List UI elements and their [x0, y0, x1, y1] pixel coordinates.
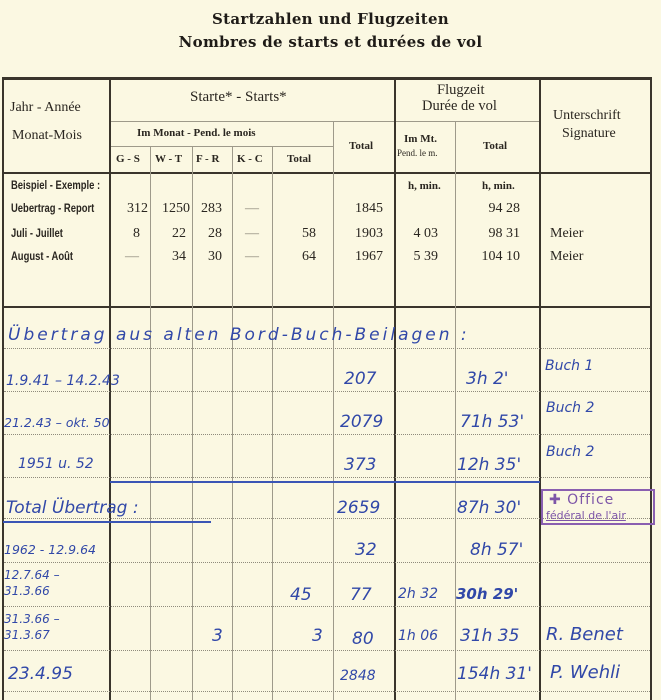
header-col-total: Total [287, 153, 311, 165]
header-signature: Signature [562, 126, 616, 142]
header-col-gs: G - S [116, 153, 140, 165]
page-title-german: Startzahlen und Flugzeiten [0, 10, 661, 28]
header-pend-le-m: Pend. le m. [397, 148, 438, 158]
row-rule [4, 606, 650, 607]
header-rule [395, 121, 540, 122]
page-title-french: Nombres de starts et durées de vol [0, 33, 661, 51]
entry-signature: R. Benet [546, 624, 623, 645]
example-row-label: August - Août [11, 251, 73, 263]
example-total: 1903 [335, 226, 383, 242]
example-fr: 30 [192, 249, 222, 265]
entry-flug-total: 8h 57' [470, 540, 523, 560]
example-kc: — [245, 226, 259, 242]
example-bottom-border [2, 306, 652, 308]
header-col-wt: W - T [155, 153, 182, 165]
example-fr: 283 [192, 201, 222, 217]
example-flug-total: 104 10 [458, 249, 520, 265]
header-im-monat: Im Monat - Pend. le mois [137, 127, 256, 139]
example-kc: — [245, 249, 259, 265]
header-rule [110, 146, 333, 147]
example-signature: Meier [550, 226, 583, 242]
example-gs: 312 [112, 201, 148, 217]
entry-signature: Buch 2 [546, 400, 594, 416]
entry-flug-total: 154h 31' [457, 664, 532, 684]
entry-period: 1951 u. 52 [18, 456, 94, 472]
entry-period: Total Übertrag : [6, 498, 139, 518]
example-month-total: 58 [272, 226, 316, 242]
entry-total: 32 [355, 540, 377, 560]
entry-flug-total: 12h 35' [457, 455, 521, 475]
example-wt: 34 [150, 249, 186, 265]
example-im-mt: 5 39 [396, 249, 438, 265]
example-units-total: h, min. [482, 180, 515, 192]
entry-period: 23.4.95 [8, 664, 73, 684]
entry-total: 77 [350, 585, 372, 605]
entry-period-start: 12.7.64 – [4, 568, 60, 582]
entry-total: 2079 [340, 412, 383, 432]
stamp-line-1: ✚ Office [549, 492, 614, 508]
entry-period: 21.2.43 – okt. 50 [4, 415, 110, 430]
entry-signature: Buch 2 [546, 444, 594, 460]
example-fr: 28 [192, 226, 222, 242]
entry-total: 207 [344, 369, 376, 389]
header-unterschrift: Unterschrift [553, 108, 621, 124]
example-gs: 8 [112, 226, 140, 242]
example-row-label: Juli - Juillet [11, 228, 63, 240]
row-rule [4, 562, 650, 563]
example-units-month: h, min. [408, 180, 441, 192]
example-total: 1845 [335, 201, 383, 217]
row-rule [4, 650, 650, 651]
header-starts-total: Total [349, 140, 373, 152]
row-rule [4, 391, 650, 392]
header-flugzeit: Flugzeit [437, 82, 485, 99]
total-underline [3, 521, 211, 523]
entry-period-end: 31.3.67 [4, 628, 50, 642]
example-total: 1967 [335, 249, 383, 265]
col-border [650, 77, 652, 700]
row-rule [4, 348, 650, 349]
entry-period: 1.9.41 – 14.2.43 [6, 373, 120, 389]
row-rule [4, 434, 650, 435]
handwritten-heading: Übertrag aus alten Bord-Buch-Beilagen : [8, 325, 470, 345]
row-rule [4, 691, 650, 692]
entry-flug-total: 31h 35 [460, 626, 519, 646]
header-year: Jahr - Année [10, 100, 81, 116]
entry-signature: Buch 1 [545, 358, 593, 374]
entry-period-start: 31.3.66 – [4, 612, 60, 626]
example-row-label: Uebertrag - Report [11, 203, 94, 215]
entry-fr: 3 [212, 626, 223, 646]
entry-flug-total: 87h 30' [457, 498, 521, 518]
example-wt: 22 [150, 226, 186, 242]
example-im-mt: 4 03 [396, 226, 438, 242]
header-rule [110, 121, 335, 122]
header-bottom-border [2, 172, 652, 174]
entry-flug-total: 30h 29' [456, 585, 518, 603]
example-flug-total: 98 31 [458, 226, 520, 242]
entry-flug-total: 71h 53' [460, 412, 524, 432]
entry-total: 2659 [337, 498, 380, 518]
example-month-total: 64 [272, 249, 316, 265]
example-label: Beispiel - Exemple : [11, 180, 100, 192]
header-flug-total: Total [483, 140, 507, 152]
office-stamp: ✚ Office fédéral de l'air [541, 489, 655, 525]
entry-total: 373 [344, 455, 376, 475]
table-top-border [2, 77, 652, 80]
example-wt: 1250 [150, 201, 190, 217]
col-border [232, 146, 233, 700]
header-starts: Starte* - Starts* [190, 89, 287, 106]
entry-flug-total: 3h 2' [466, 369, 508, 389]
example-kc: — [245, 201, 259, 217]
entry-im-mt: 2h 32 [398, 586, 438, 602]
entry-signature: P. Wehli [550, 662, 620, 683]
col-border [455, 121, 456, 700]
entry-month-total: 45 [290, 585, 312, 605]
header-duree-de-vol: Durée de vol [422, 98, 497, 115]
col-border [333, 121, 334, 700]
entry-period: 1962 - 12.9.64 [4, 542, 96, 557]
header-col-kc: K - C [237, 153, 263, 165]
example-signature: Meier [550, 249, 583, 265]
header-col-fr: F - R [196, 153, 219, 165]
example-flug-total: 94 28 [458, 201, 520, 217]
entry-total: 80 [352, 629, 374, 649]
entry-month-total: 3 [312, 626, 323, 646]
header-rule [333, 121, 395, 122]
entry-total: 2848 [340, 668, 376, 684]
stamp-line-2: fédéral de l'air [546, 509, 626, 522]
entry-period-end: 31.3.66 [4, 584, 50, 598]
example-gs: — [125, 249, 139, 265]
row-rule [4, 477, 650, 478]
subtotal-underline [110, 481, 540, 483]
header-month: Monat-Mois [12, 128, 82, 144]
header-im-mt: Im Mt. [404, 133, 437, 145]
entry-im-mt: 1h 06 [398, 628, 438, 644]
